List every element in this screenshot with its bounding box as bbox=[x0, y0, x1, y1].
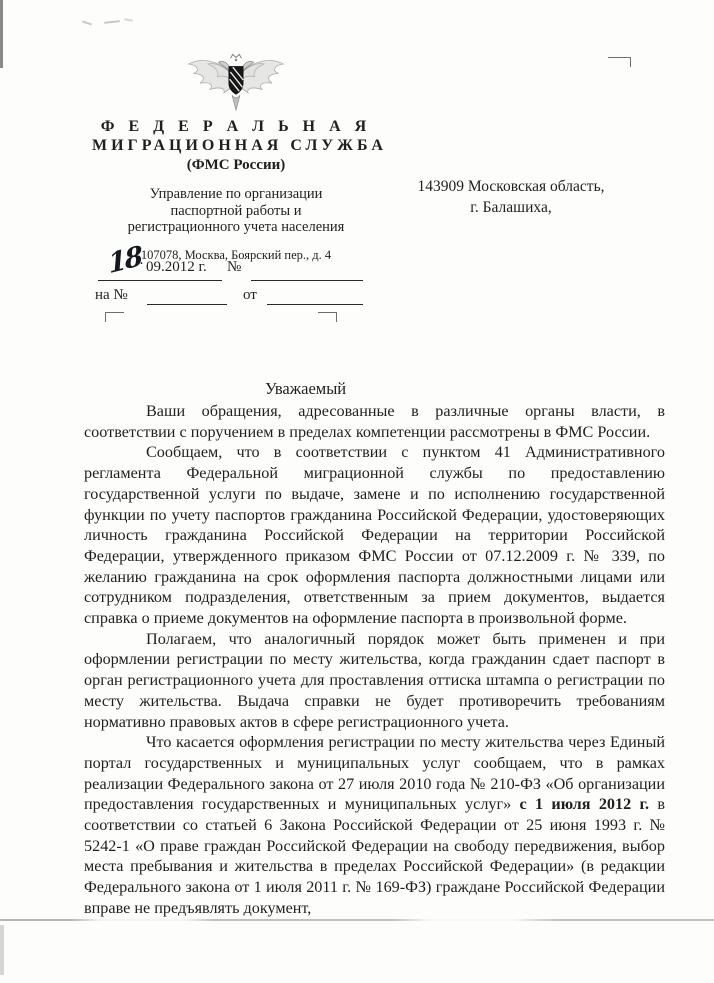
date-underline bbox=[98, 279, 222, 281]
salutation: Уважаемый bbox=[265, 379, 346, 399]
reply-number-label: на № bbox=[95, 287, 128, 304]
reply-number-underline bbox=[147, 303, 227, 305]
org-abbreviation: (ФМС России) bbox=[92, 157, 380, 174]
number-label: № bbox=[227, 259, 241, 276]
scan-edge-artifact bbox=[0, 925, 4, 975]
recipient-line: г. Балашиха, bbox=[398, 197, 624, 218]
letter-body: Ваши обращения, адресованные в различные… bbox=[84, 401, 665, 919]
paragraph-4: Что касается оформления регистрации по м… bbox=[84, 732, 665, 918]
paragraph-2: Сообщаем, что в соответствии с пунктом 4… bbox=[84, 442, 665, 628]
department-line: паспортной работы и bbox=[92, 203, 380, 220]
number-underline bbox=[251, 279, 363, 281]
from-label: от bbox=[243, 287, 257, 304]
corner-mark-bottom-left bbox=[105, 312, 124, 322]
pencil-mark bbox=[104, 20, 120, 24]
org-name-line1: Ф Е Д Е Р А Л Ь Н А Я bbox=[92, 118, 380, 136]
department-line: регистрационного учета населения bbox=[92, 219, 380, 236]
corner-mark-top-right bbox=[608, 57, 631, 67]
scan-edge-artifact bbox=[0, 0, 3, 68]
corner-mark-bottom-right bbox=[318, 312, 337, 322]
department-name: Управление по организации паспортной раб… bbox=[92, 186, 380, 236]
paragraph-3: Полагаем, что аналогичный порядок может … bbox=[84, 629, 665, 733]
from-underline bbox=[267, 303, 363, 305]
handwritten-date-day: 18 bbox=[107, 241, 143, 280]
paragraph-4-text: в соответствии со статьей 6 Закона Росси… bbox=[84, 795, 665, 917]
scan-bottom-streak bbox=[0, 919, 714, 921]
paragraph-4-bold-date: с 1 июля 2012 г. bbox=[520, 795, 650, 813]
paragraph-1: Ваши обращения, адресованные в различные… bbox=[84, 401, 665, 442]
recipient-line: 143909 Московская область, bbox=[398, 176, 624, 197]
recipient-address: 143909 Московская область, г. Балашиха, bbox=[398, 176, 624, 218]
pencil-mark bbox=[124, 18, 133, 22]
document-page: Ф Е Д Е Р А Л Ь Н А Я МИГРАЦИОННАЯ СЛУЖБ… bbox=[0, 0, 714, 983]
pencil-mark bbox=[82, 21, 92, 26]
letterhead: Ф Е Д Е Р А Л Ь Н А Я МИГРАЦИОННАЯ СЛУЖБ… bbox=[92, 52, 380, 263]
date-rest: 09.2012 г. bbox=[146, 259, 207, 276]
double-eagle-emblem-icon bbox=[184, 52, 288, 116]
org-name-line2: МИГРАЦИОННАЯ СЛУЖБА bbox=[92, 137, 380, 155]
department-line: Управление по организации bbox=[92, 186, 380, 203]
handwritten-dot: · bbox=[139, 256, 144, 273]
